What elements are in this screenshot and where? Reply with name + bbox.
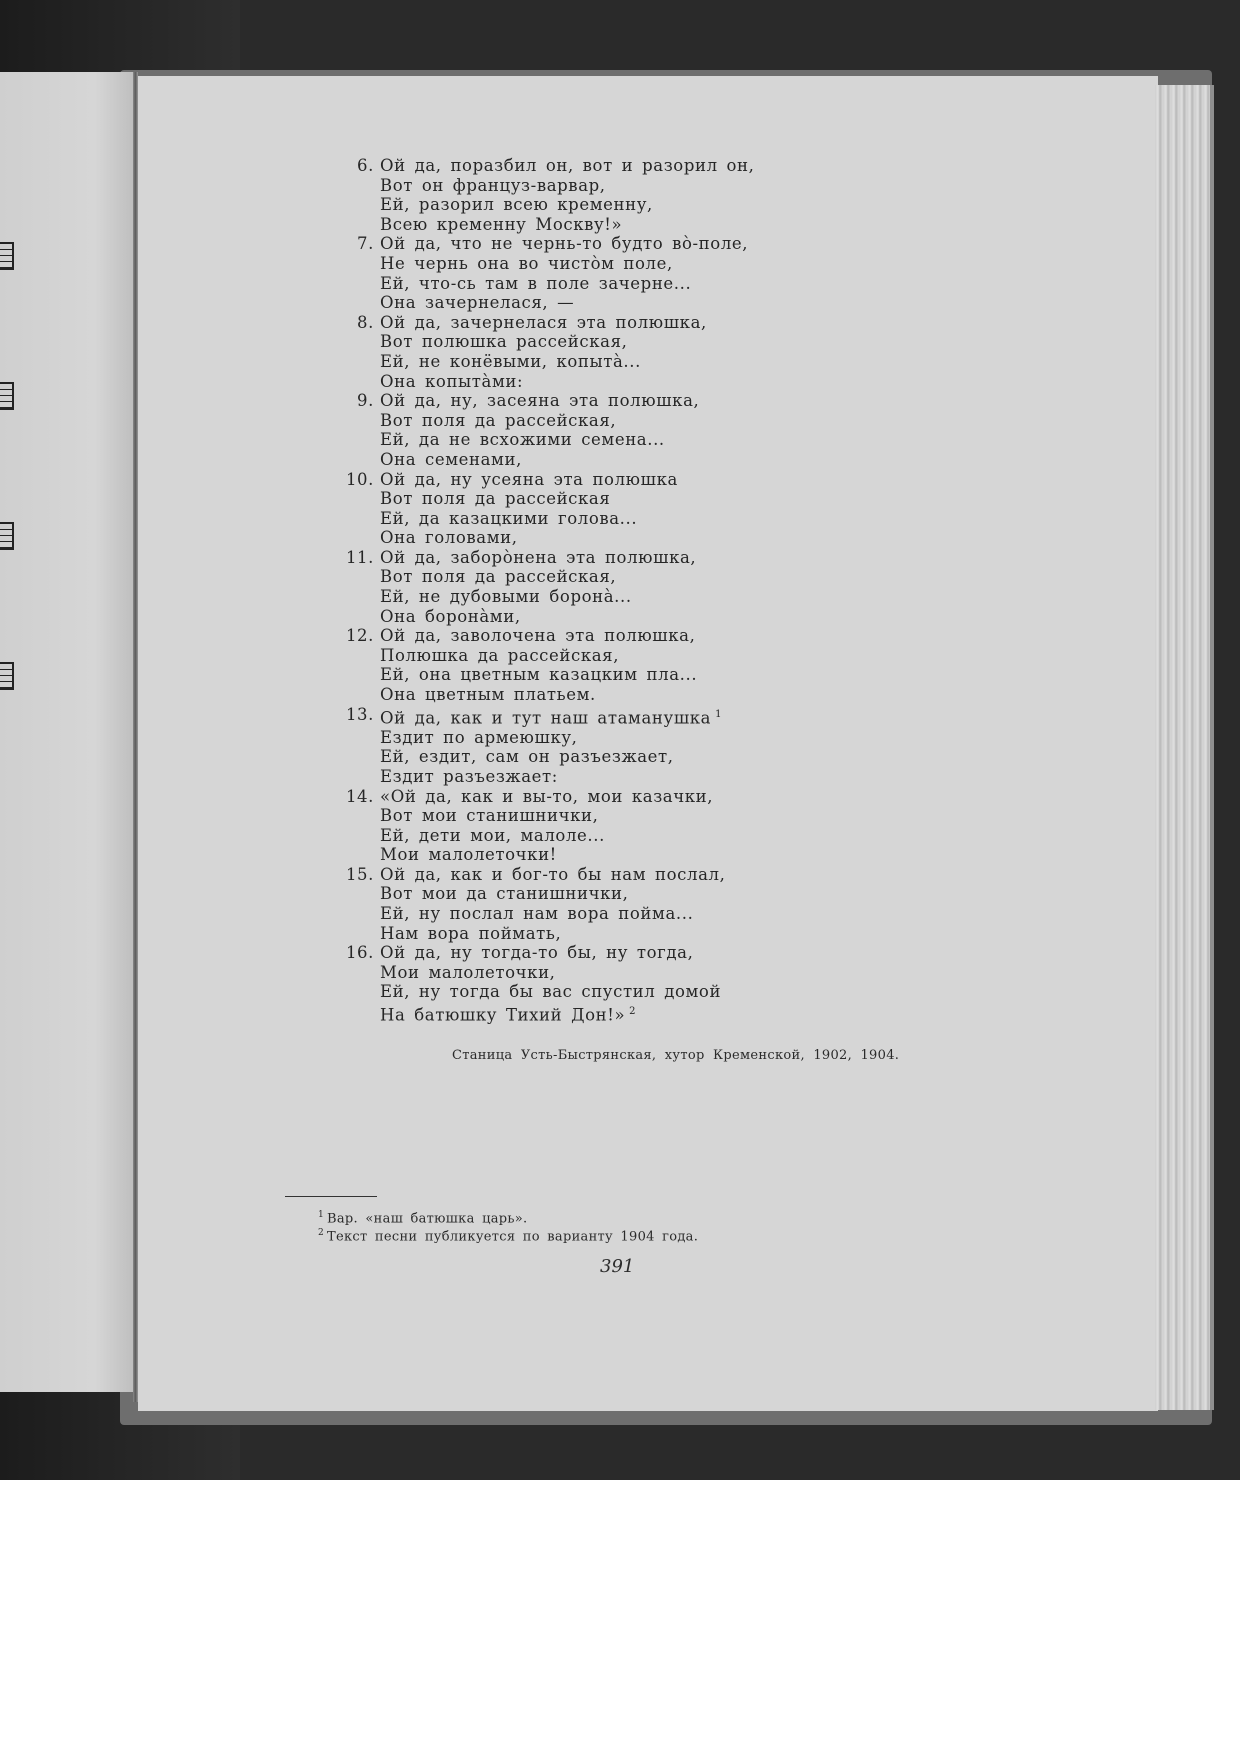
- verse-text: Всею кременну Москву!»: [380, 215, 622, 234]
- stanza: 8.Ой да, зачернелася эта полюшка,Вот пол…: [380, 313, 1020, 391]
- verse-line: Вот он француз-варвар,: [380, 176, 1020, 196]
- verse-line: 11.Ой да, заборòнена эта полюшка,: [380, 548, 1020, 568]
- verse-text: Мои малолеточки!: [380, 845, 557, 864]
- footnote-mark: 1: [318, 1210, 324, 1220]
- verse-line: Вот полюшка рассейская,: [380, 332, 1020, 352]
- verse-line: Ей, да не всхожими семена...: [380, 430, 1020, 450]
- verse-line: Она цветным платьем.: [380, 685, 1020, 705]
- verse-line: Вот поля да рассейская,: [380, 411, 1020, 431]
- verse-text: Вот поля да рассейская,: [380, 411, 616, 430]
- verse-line: Ей, не конёвыми, копытà...: [380, 352, 1020, 372]
- stanza-number: 7.: [357, 234, 374, 254]
- verse-line: Вот мои станишнички,: [380, 806, 1020, 826]
- stanza-number: 13.: [346, 705, 374, 725]
- stanza-number: 12.: [346, 626, 374, 646]
- verse-text: Вот мои станишнички,: [380, 806, 598, 825]
- stanza-number: 8.: [357, 313, 374, 333]
- verse-line: Вот мои да станишнички,: [380, 884, 1020, 904]
- verse-line: Ей, ну послал нам вора пойма...: [380, 904, 1020, 924]
- verse-text: Она копытàми:: [380, 372, 523, 391]
- footnote-rule: [285, 1196, 377, 1197]
- footnote-text: Вар. «наш батюшка царь».: [327, 1211, 527, 1226]
- verse-text: Ой да, ну усеяна эта полюшка: [380, 470, 678, 489]
- verse-line: Ездит по армеюшку,: [380, 728, 1020, 748]
- verse-text: Ой да, как и бог-то бы нам послал,: [380, 865, 725, 884]
- verse-line: Вот поля да рассейская,: [380, 567, 1020, 587]
- footnote-1: 1Вар. «наш батюшка царь».: [318, 1208, 698, 1226]
- verse-line: Ей, дети мои, малоле...: [380, 826, 1020, 846]
- verse-text: Мои малолеточки,: [380, 963, 556, 982]
- verse-line: Она копытàми:: [380, 372, 1020, 392]
- stanza-number: 6.: [357, 156, 374, 176]
- verse-line: Ей, разорил всею кременну,: [380, 195, 1020, 215]
- verse-line: Полюшка да рассейская,: [380, 646, 1020, 666]
- verse-text: Ей, она цветным казацким пла...: [380, 665, 697, 684]
- verse-line: Ей, да казацкими голова...: [380, 509, 1020, 529]
- verse-text: Вот полюшка рассейская,: [380, 332, 627, 351]
- song-text: 6.Ой да, поразбил он, вот и разорил он,В…: [380, 156, 1020, 1025]
- verse-text: Ей, разорил всею кременну,: [380, 195, 653, 214]
- stanza: 16.Ой да, ну тогда-то бы, ну тогда,Мои м…: [380, 943, 1020, 1025]
- verse-text: На батюшку Тихий Дон!»: [380, 1006, 625, 1025]
- verse-text: Вот поля да рассейская,: [380, 567, 616, 586]
- stanza: 7.Ой да, что не чернь-то будто вò-поле,Н…: [380, 234, 1020, 312]
- verse-text: Ей, да казацкими голова...: [380, 509, 637, 528]
- verse-text: Она семенами,: [380, 450, 522, 469]
- page-edges: [1155, 85, 1214, 1410]
- verse-line: Мои малолеточки,: [380, 963, 1020, 983]
- verse-text: «Ой да, как и вы-то, мои казачки,: [380, 787, 713, 806]
- verse-text: Ей, ездит, сам он разъезжает,: [380, 747, 674, 766]
- verse-text: Ездит по армеюшку,: [380, 728, 578, 747]
- verse-line: 16.Ой да, ну тогда-то бы, ну тогда,: [380, 943, 1020, 963]
- verse-text: Ой да, ну тогда-то бы, ну тогда,: [380, 943, 693, 962]
- stanza: 11.Ой да, заборòнена эта полюшка,Вот пол…: [380, 548, 1020, 626]
- verse-text: Ой да, заволочена эта полюшка,: [380, 626, 695, 645]
- verse-text: Она цветным платьем.: [380, 685, 596, 704]
- stanza-number: 16.: [346, 943, 374, 963]
- verse-text: Она боронàми,: [380, 607, 521, 626]
- verse-line: 8.Ой да, зачернелася эта полюшка,: [380, 313, 1020, 333]
- verse-text: Ой да, что не чернь-то будто вò-поле,: [380, 234, 748, 253]
- footnote-text: Текст песни публикуется по варианту 1904…: [327, 1230, 698, 1245]
- music-staff-fragment: [0, 382, 14, 410]
- verse-text: Ой да, ну, засеяна эта полюшка,: [380, 391, 699, 410]
- verse-line: 6.Ой да, поразбил он, вот и разорил он,: [380, 156, 1020, 176]
- verse-text: Ей, не конёвыми, копытà...: [380, 352, 641, 371]
- verse-text: Ей, что-сь там в поле зачерне...: [380, 274, 691, 293]
- verse-line: Не чернь она во чистòм поле,: [380, 254, 1020, 274]
- verse-line: 7.Ой да, что не чернь-то будто вò-поле,: [380, 234, 1020, 254]
- verse-line: Всею кременну Москву!»: [380, 215, 1020, 235]
- verse-text: Ой да, заборòнена эта полюшка,: [380, 548, 696, 567]
- verse-text: Ей, ну послал нам вора пойма...: [380, 904, 693, 923]
- verse-text: Вот он француз-варвар,: [380, 176, 606, 195]
- footnotes: 1Вар. «наш батюшка царь». 2Текст песни п…: [318, 1208, 698, 1245]
- verse-line: Она боронàми,: [380, 607, 1020, 627]
- verse-line: 15.Ой да, как и бог-то бы нам послал,: [380, 865, 1020, 885]
- footnote-reference: 2: [629, 1006, 636, 1017]
- verse-text: Ездит разъезжает:: [380, 767, 558, 786]
- verse-line: Вот поля да рассейская: [380, 489, 1020, 509]
- left-page: [0, 72, 136, 1392]
- stanza: 6.Ой да, поразбил он, вот и разорил он,В…: [380, 156, 1020, 234]
- footnote-reference: 1: [715, 709, 722, 720]
- footnote-2: 2Текст песни публикуется по варианту 190…: [318, 1226, 698, 1244]
- verse-text: Ей, не дубовыми боронà...: [380, 587, 632, 606]
- verse-line: 14.«Ой да, как и вы-то, мои казачки,: [380, 787, 1020, 807]
- verse-line: Ездит разъезжает:: [380, 767, 1020, 787]
- verse-line: 10.Ой да, ну усеяна эта полюшка: [380, 470, 1020, 490]
- footnote-mark: 2: [318, 1228, 324, 1238]
- verse-line: Ей, ну тогда бы вас спустил домой: [380, 982, 1020, 1002]
- music-staff-fragment: [0, 522, 14, 550]
- stanza-number: 9.: [357, 391, 374, 411]
- verse-line: 9.Ой да, ну, засеяна эта полюшка,: [380, 391, 1020, 411]
- verse-line: Ей, что-сь там в поле зачерне...: [380, 274, 1020, 294]
- stanza: 13.Ой да, как и тут наш атаманушка1Ездит…: [380, 705, 1020, 787]
- verse-line: На батюшку Тихий Дон!»2: [380, 1002, 1020, 1025]
- music-staff-fragment: [0, 662, 14, 690]
- verse-line: Нам вора поймать,: [380, 924, 1020, 944]
- verse-text: Не чернь она во чистòм поле,: [380, 254, 673, 273]
- verse-line: Ей, ездит, сам он разъезжает,: [380, 747, 1020, 767]
- music-staff-fragment: [0, 242, 14, 270]
- verse-line: Ей, она цветным казацким пла...: [380, 665, 1020, 685]
- verse-text: Она головами,: [380, 528, 518, 547]
- verse-text: Ой да, зачернелася эта полюшка,: [380, 313, 707, 332]
- stanza-number: 15.: [346, 865, 374, 885]
- source-attribution: Станица Усть-Быстрянская, хутор Кременск…: [452, 1048, 899, 1063]
- verse-text: Она зачернелася, —: [380, 293, 574, 312]
- stanza-number: 10.: [346, 470, 374, 490]
- stanza: 9.Ой да, ну, засеяна эта полюшка,Вот пол…: [380, 391, 1020, 469]
- stanza: 12.Ой да, заволочена эта полюшка,Полюшка…: [380, 626, 1020, 704]
- verse-text: Ей, да не всхожими семена...: [380, 430, 665, 449]
- verse-line: Она семенами,: [380, 450, 1020, 470]
- verse-text: Ой да, поразбил он, вот и разорил он,: [380, 156, 755, 175]
- verse-text: Вот поля да рассейская: [380, 489, 610, 508]
- verse-text: Нам вора поймать,: [380, 924, 561, 943]
- stanza: 15.Ой да, как и бог-то бы нам послал,Вот…: [380, 865, 1020, 943]
- verse-line: Она зачернелася, —: [380, 293, 1020, 313]
- stanza-number: 14.: [346, 787, 374, 807]
- verse-line: Ей, не дубовыми боронà...: [380, 587, 1020, 607]
- verse-line: Мои малолеточки!: [380, 845, 1020, 865]
- stanza: 14.«Ой да, как и вы-то, мои казачки,Вот …: [380, 787, 1020, 865]
- verse-line: 13.Ой да, как и тут наш атаманушка1: [380, 705, 1020, 728]
- stanza: 10.Ой да, ну усеяна эта полюшкаВот поля …: [380, 470, 1020, 548]
- stanza-number: 11.: [346, 548, 374, 568]
- verse-text: Ей, дети мои, малоле...: [380, 826, 605, 845]
- verse-text: Ей, ну тогда бы вас спустил домой: [380, 982, 721, 1001]
- verse-line: Она головами,: [380, 528, 1020, 548]
- verse-text: Полюшка да рассейская,: [380, 646, 619, 665]
- page-number: 391: [600, 1256, 634, 1277]
- verse-text: Ой да, как и тут наш атаманушка: [380, 708, 711, 727]
- verse-line: 12.Ой да, заволочена эта полюшка,: [380, 626, 1020, 646]
- verse-text: Вот мои да станишнички,: [380, 884, 628, 903]
